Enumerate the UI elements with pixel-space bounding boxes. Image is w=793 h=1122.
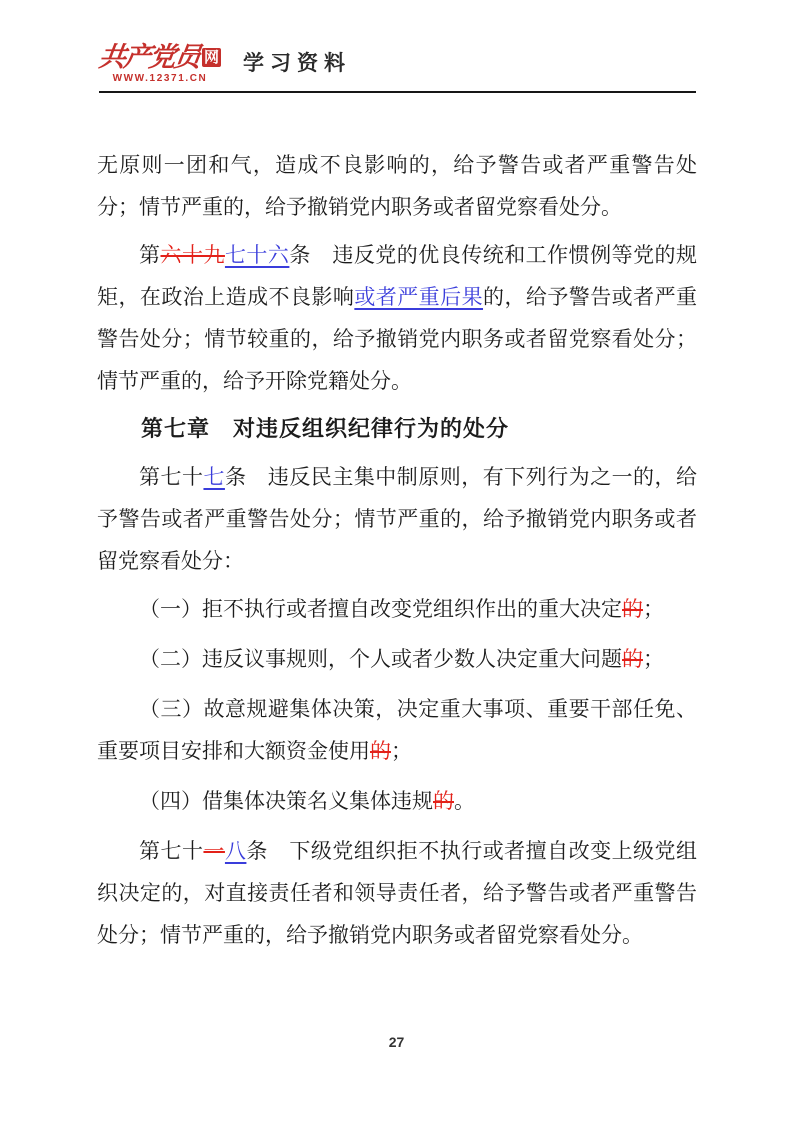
- site-logo: 共产党员 网 WWW.12371.CN: [99, 44, 221, 84]
- text-run: 第七十: [139, 839, 203, 863]
- text-run: 无原则一团和气，造成不良影响的，给予警告或者严重警告处分；情节严重的，给予撤销党…: [97, 153, 697, 219]
- deleted-text: 六十九: [160, 243, 224, 267]
- text-run: 第: [139, 243, 160, 267]
- logo-calligraphy-text: 共产党员: [97, 44, 201, 71]
- list-item-4: （四）借集体决策名义集体违规的。: [97, 780, 697, 822]
- deleted-text: 的: [370, 739, 391, 763]
- article-78-paragraph: 第七十一八条 下级党组织拒不执行或者擅自改变上级党组织决定的，对直接责任者和领导…: [97, 830, 697, 956]
- article-77-paragraph: 第七十七条 违反民主集中制原则，有下列行为之一的，给予警告或者严重警告处分；情节…: [97, 456, 697, 582]
- logo-net-badge: 网: [202, 48, 221, 67]
- list-item-2: （二）违反议事规则，个人或者少数人决定重大问题的；: [97, 638, 697, 680]
- page-number: 27: [389, 1034, 405, 1050]
- page-footer: 27: [0, 1034, 793, 1052]
- logo-url-text: WWW.12371.CN: [113, 73, 208, 84]
- article-76-paragraph: 第六十九七十六条 违反党的优良传统和工作惯例等党的规矩，在政治上造成不良影响或者…: [97, 234, 697, 402]
- text-run: ；: [391, 739, 412, 763]
- logo-brand-row: 共产党员 网: [99, 44, 221, 71]
- text-run: ；: [643, 597, 664, 621]
- deleted-text: 的: [622, 597, 643, 621]
- text-run: （一）拒不执行或者擅自改变党组织作出的重大决定: [139, 597, 622, 621]
- text-run: ；: [643, 647, 664, 671]
- doc-type-label: 学习资料: [243, 47, 351, 81]
- deleted-text: 的: [433, 789, 454, 813]
- inserted-text: 八: [225, 839, 246, 863]
- chapter-7-heading: 第七章 对违反组织纪律行为的处分: [97, 408, 697, 450]
- text-run: （二）违反议事规则，个人或者少数人决定重大问题: [139, 647, 622, 671]
- inserted-text: 七十六: [225, 243, 289, 267]
- paragraph-continuation: 无原则一团和气，造成不良影响的，给予警告或者严重警告处分；情节严重的，给予撤销党…: [97, 144, 697, 228]
- deleted-text: 一: [203, 839, 224, 863]
- inserted-text: 七: [203, 465, 224, 489]
- list-item-3: （三）故意规避集体决策，决定重大事项、重要干部任免、重要项目安排和大额资金使用的…: [97, 688, 697, 772]
- text-run: 第七章 对违反组织纪律行为的处分: [141, 416, 509, 441]
- text-run: 第七十: [139, 465, 203, 489]
- inserted-text: 或者严重后果: [354, 285, 483, 309]
- document-body: 无原则一团和气，造成不良影响的，给予警告或者严重警告处分；情节严重的，给予撤销党…: [97, 144, 697, 962]
- deleted-text: 的: [622, 647, 643, 671]
- text-run: （四）借集体决策名义集体违规: [139, 789, 433, 813]
- page-header: 共产党员 网 WWW.12371.CN 学习资料: [99, 44, 696, 93]
- header-divider: [99, 91, 696, 93]
- list-item-1: （一）拒不执行或者擅自改变党组织作出的重大决定的；: [97, 588, 697, 630]
- header-row: 共产党员 网 WWW.12371.CN 学习资料: [99, 44, 696, 84]
- text-run: 。: [454, 789, 475, 813]
- document-page: 共产党员 网 WWW.12371.CN 学习资料 无原则一团和气，造成不良影响的…: [0, 0, 793, 1122]
